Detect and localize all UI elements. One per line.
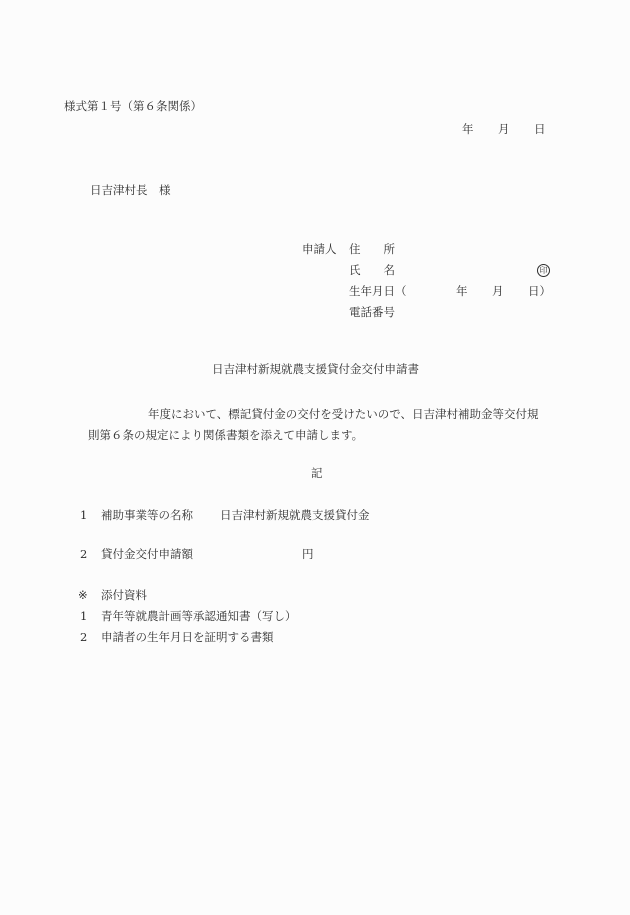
attachments-heading: 添付資料: [101, 590, 147, 602]
date-month-label: 月: [498, 124, 510, 136]
item-1-number: 1: [80, 510, 87, 522]
date-day-label: 日: [534, 124, 546, 136]
item-2-number: 2: [80, 549, 87, 561]
item-2-label: 貸付金交付申請額: [101, 549, 193, 561]
attachment-2-number: 2: [80, 632, 87, 644]
name-label: 氏 名: [349, 265, 395, 277]
attachment-1-number: 1: [80, 611, 87, 623]
attachment-1-text: 青年等就農計画等承認通知書（写し）: [101, 611, 297, 623]
birth-year-label: 年: [456, 286, 468, 298]
body-line-1: 年度において、標記貸付金の交付を受けたいので、日吉津村補助金等交付規: [148, 409, 539, 421]
applicant-label: 申請人: [302, 244, 337, 256]
addressee: 日吉津村長 様: [90, 185, 171, 197]
body-line-2: 則第６条の規定により関係書類を添えて申請します。: [88, 430, 363, 442]
birth-month-label: 月: [492, 286, 504, 298]
item-1-label: 補助事業等の名称: [101, 510, 193, 522]
reference-mark-icon: ※: [78, 590, 88, 602]
document-title: 日吉津村新規就農支援貸付金交付申請書: [212, 364, 419, 376]
attachment-2-text: 申請者の生年月日を証明する書類: [101, 632, 274, 644]
seal-icon: 印: [537, 264, 550, 277]
item-2-unit: 円: [302, 549, 314, 561]
ki-heading: 記: [311, 468, 323, 480]
form-number: 様式第１号（第６条関係）: [64, 101, 202, 113]
birthdate-label: 生年月日（: [349, 286, 407, 298]
phone-label: 電話番号: [349, 307, 395, 319]
birth-day-label: 日）: [528, 286, 551, 298]
item-1-value: 日吉津村新規就農支援貸付金: [220, 510, 370, 522]
date-year-label: 年: [462, 124, 474, 136]
address-label: 住 所: [349, 244, 395, 256]
